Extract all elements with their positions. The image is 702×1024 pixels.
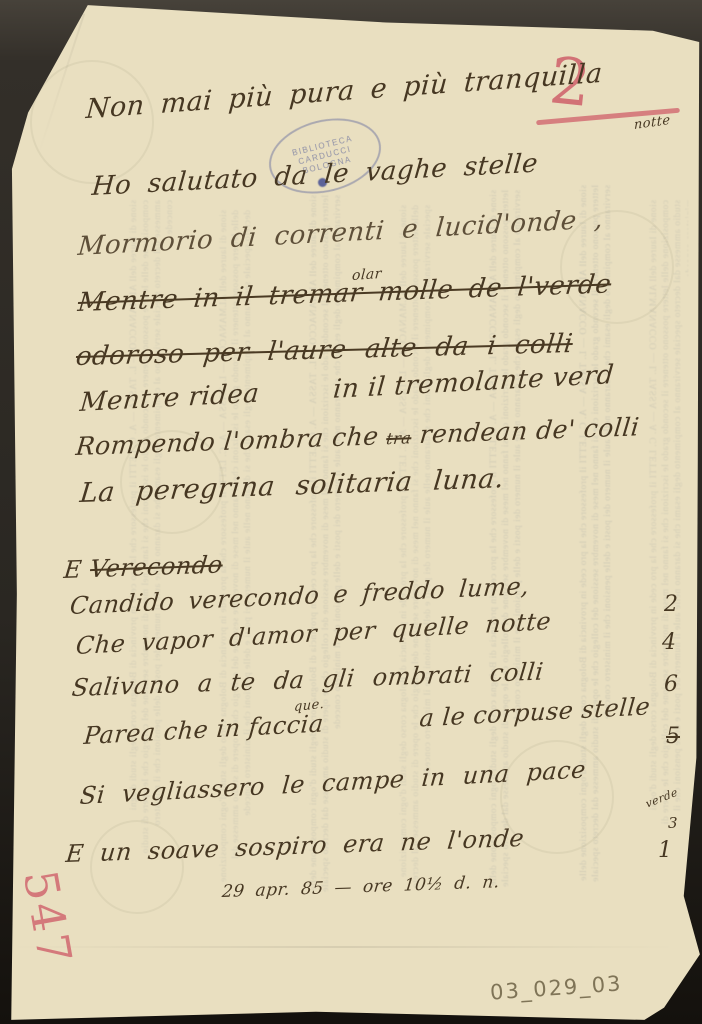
poem-line-struck: Mentre in il tremar molle de l'verde	[76, 269, 612, 318]
poem-line-crossed: E Verecondo	[63, 550, 225, 584]
poem-word-struck: tra	[385, 428, 412, 448]
scanned-manuscript: sione di lauree dell ALMANACCO — L. TASS…	[0, 0, 702, 1024]
poem-line-part: rendean de' colli	[418, 412, 641, 449]
paper-crease	[8, 946, 678, 948]
poem-line: Non mai più pura e più tranquilla	[85, 58, 604, 125]
line-number-struck: 5	[666, 724, 680, 749]
paper-watermark	[90, 820, 184, 914]
margin-note: verde	[644, 785, 679, 810]
poem-line: Rompendo l'ombra chetrarendean de' colli	[74, 412, 640, 461]
poem-word-struck: Verecondo	[89, 550, 225, 583]
poem-line-part: a le corpuse stelle	[418, 692, 651, 732]
poem-line: Mormorio di correnti e lucid'onde ,	[77, 204, 605, 262]
poem-line-part: E	[63, 555, 84, 584]
line-number: 2	[664, 592, 678, 617]
line-number: 3	[668, 814, 678, 832]
poem-line-part: Parea che in faccia	[83, 709, 325, 750]
line-number: 4	[662, 630, 676, 655]
line-number: 1	[658, 838, 672, 863]
line-number: 6	[664, 672, 678, 697]
dateline: 29 apr. 85 — ore 10½ d. n.	[221, 872, 501, 902]
poem-line-part: Mentre ridea	[79, 379, 261, 419]
manuscript-page: sione di lauree dell ALMANACCO — L. TASS…	[0, 0, 702, 1024]
catalog-number: 03_029_03	[489, 971, 623, 1004]
poem-line: Salivano a te da gli ombrati colli	[71, 657, 545, 702]
red-archive-number: 547	[13, 866, 83, 971]
poem-line-part: Rompendo l'ombra che	[74, 421, 380, 461]
poem-line-part: in il tremolante verd	[332, 360, 615, 405]
